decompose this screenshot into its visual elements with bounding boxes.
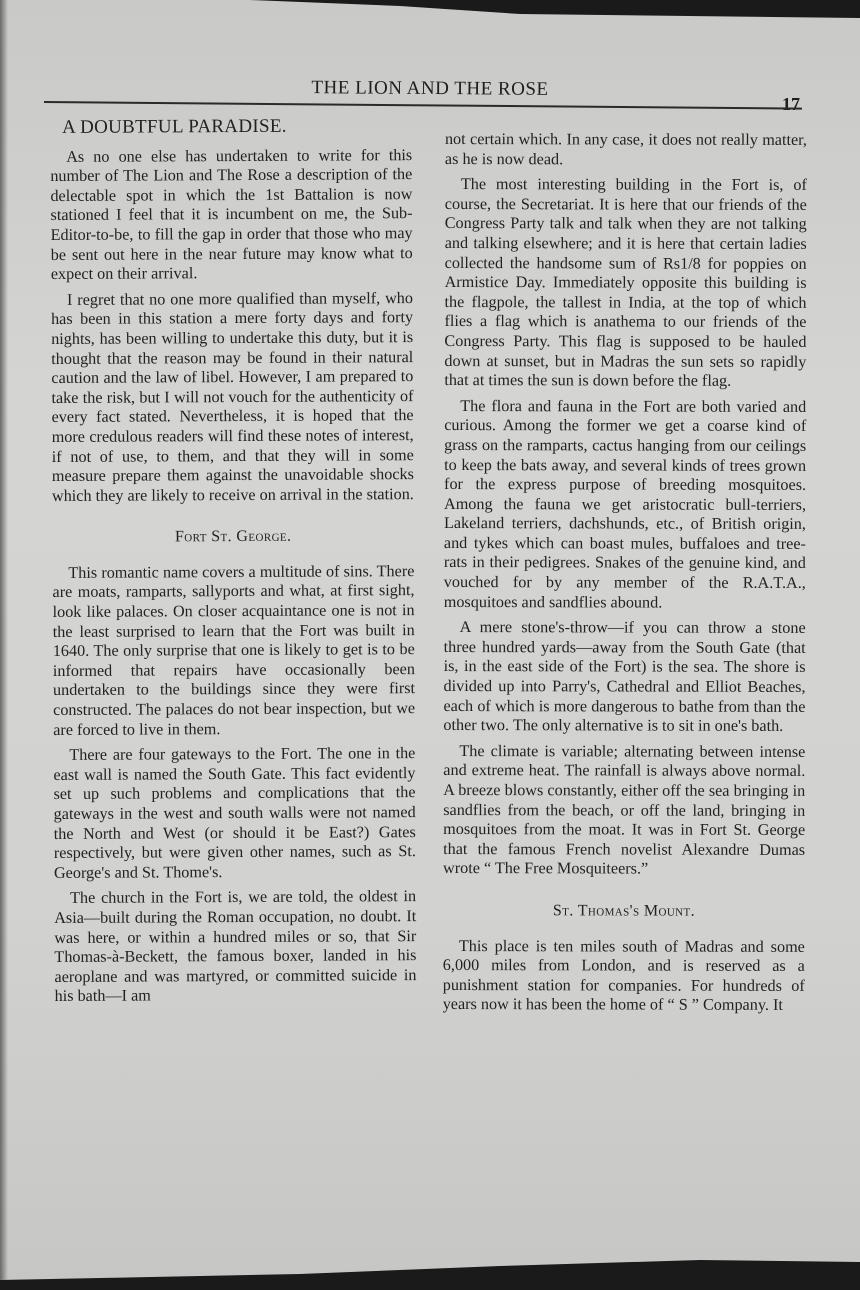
section-heading: Fort St. George. bbox=[52, 526, 414, 547]
paragraph: This romantic name covers a multitude of… bbox=[52, 562, 415, 740]
section-heading: St. Thomas's Mount. bbox=[443, 901, 805, 922]
paragraph: This place is ten miles south of Madras … bbox=[443, 937, 805, 1016]
paragraph: As no one else has undertaken to write f… bbox=[50, 146, 413, 285]
paragraph: A mere stone's-throw—if you can throw a … bbox=[443, 618, 805, 737]
running-head: THE LION AND THE ROSE bbox=[0, 75, 860, 103]
header-rule bbox=[44, 101, 802, 110]
left-column-body: As no one else has undertaken to write f… bbox=[50, 146, 416, 1007]
right-column: not certain which. In any case, it does … bbox=[443, 130, 807, 1022]
paragraph: not certain which. In any case, it does … bbox=[445, 130, 807, 170]
paragraph: The most interesting building in the For… bbox=[444, 175, 807, 391]
left-column: A DOUBTFUL PARADISE. As no one else has … bbox=[50, 114, 417, 1013]
binding-shadow bbox=[0, 0, 8, 1290]
paragraph: The church in the Fort is, we are told, … bbox=[54, 887, 417, 1006]
paragraph: I regret that no one more qualified than… bbox=[51, 289, 414, 506]
paragraph: The climate is variable; alternating bet… bbox=[443, 742, 805, 880]
paragraph: There are four gateways to the Fort. The… bbox=[53, 744, 416, 883]
paragraph: The flora and fauna in the Fort are both… bbox=[444, 397, 807, 613]
magazine-page: THE LION AND THE ROSE 17 A DOUBTFUL PARA… bbox=[0, 0, 860, 1290]
page-number: 17 bbox=[782, 94, 800, 115]
right-column-body: not certain which. In any case, it does … bbox=[443, 130, 807, 1016]
article-title: A DOUBTFUL PARADISE. bbox=[62, 116, 412, 137]
